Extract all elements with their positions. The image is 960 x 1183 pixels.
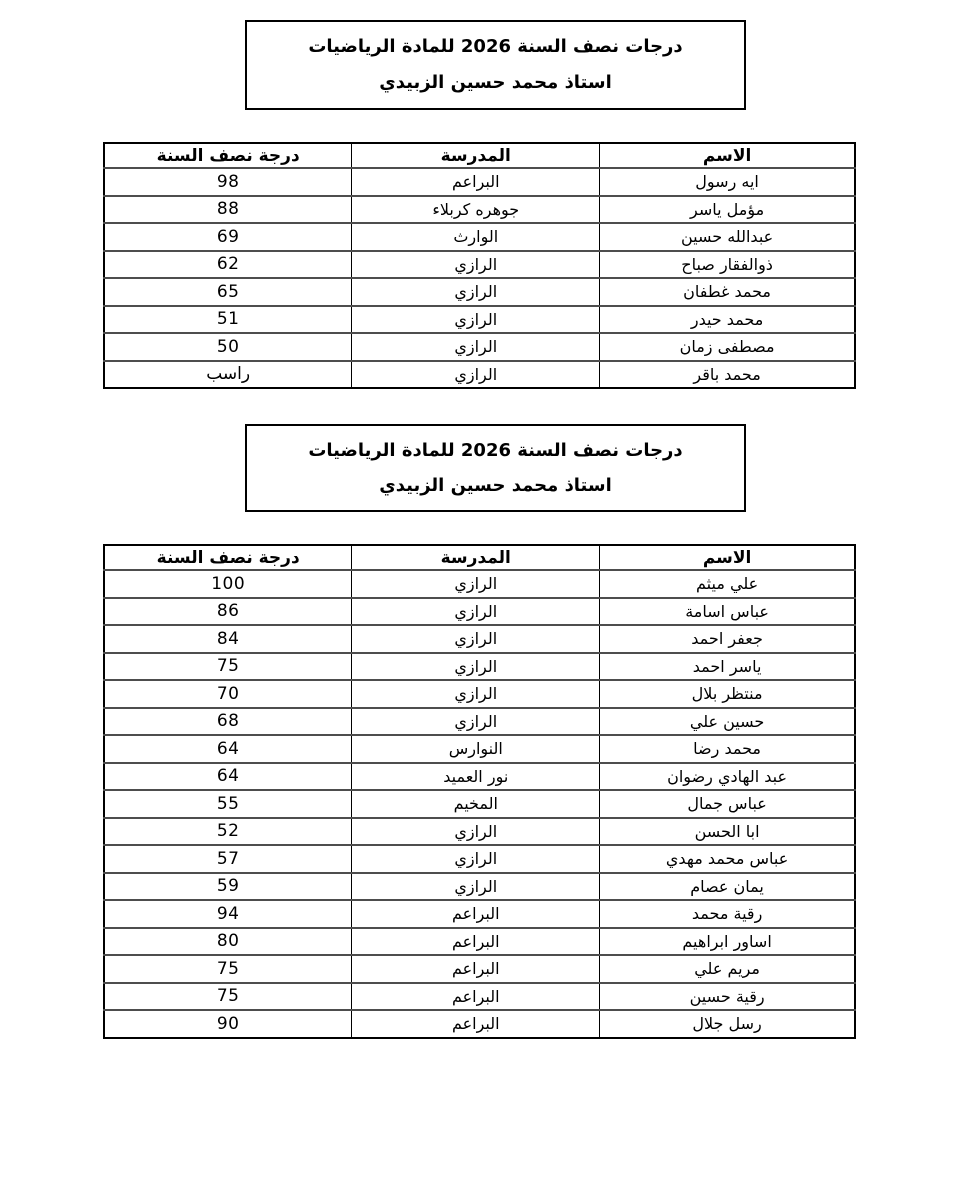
school-cell: المخيم <box>352 790 600 818</box>
table-row: مصطفى زمانالرازي50 <box>104 333 855 361</box>
col-header-name: الاسم <box>600 143 855 168</box>
score-cell: 68 <box>104 708 352 736</box>
table-header-row: الاسم المدرسة درجة نصف السنة <box>104 143 855 168</box>
table-row: جعفر احمدالرازي84 <box>104 625 855 653</box>
score-cell: 62 <box>104 251 352 279</box>
col-header-name: الاسم <box>600 545 855 570</box>
school-cell: الرازي <box>352 306 600 334</box>
document-page: درجات نصف السنة 2026 للمادة الرياضيات اس… <box>0 0 960 1183</box>
score-cell: 88 <box>104 196 352 224</box>
school-cell: الرازي <box>352 333 600 361</box>
name-cell: مريم علي <box>600 955 855 983</box>
table-row: محمد رضاالنوارس64 <box>104 735 855 763</box>
score-cell: 55 <box>104 790 352 818</box>
school-cell: الرازي <box>352 278 600 306</box>
name-cell: مؤمل ياسر <box>600 196 855 224</box>
table-row: محمد حيدرالرازي51 <box>104 306 855 334</box>
table-row: مريم عليالبراعم75 <box>104 955 855 983</box>
table-row: محمد غطفانالرازي65 <box>104 278 855 306</box>
score-cell: 64 <box>104 735 352 763</box>
teacher-name: استاذ محمد حسين الزبيدي <box>247 475 744 497</box>
table-row: رقية محمدالبراعم94 <box>104 900 855 928</box>
table-body: ايه رسولالبراعم98مؤمل ياسرجوهره كربلاء88… <box>104 168 855 388</box>
name-cell: اساور ابراهيم <box>600 928 855 956</box>
score-cell: 75 <box>104 955 352 983</box>
table-row: عبدالله حسينالوارث69 <box>104 223 855 251</box>
name-cell: ياسر احمد <box>600 653 855 681</box>
table-row: ياسر احمدالرازي75 <box>104 653 855 681</box>
score-cell: 86 <box>104 598 352 626</box>
name-cell: محمد رضا <box>600 735 855 763</box>
school-cell: الرازي <box>352 598 600 626</box>
name-cell: علي ميثم <box>600 570 855 598</box>
name-cell: جعفر احمد <box>600 625 855 653</box>
school-cell: الرازي <box>352 680 600 708</box>
grade-section: درجات نصف السنة 2026 للمادة الرياضيات اس… <box>0 424 960 1039</box>
score-cell: 70 <box>104 680 352 708</box>
score-cell: 75 <box>104 653 352 681</box>
school-cell: الرازي <box>352 873 600 901</box>
grade-section: درجات نصف السنة 2026 للمادة الرياضيات اس… <box>0 20 960 389</box>
col-header-school: المدرسة <box>352 143 600 168</box>
table-row: محمد باقرالرازيراسب <box>104 361 855 389</box>
score-cell: 75 <box>104 983 352 1011</box>
table-row: ايه رسولالبراعم98 <box>104 168 855 196</box>
school-cell: الوارث <box>352 223 600 251</box>
name-cell: منتظر بلال <box>600 680 855 708</box>
school-cell: النوارس <box>352 735 600 763</box>
school-cell: الرازي <box>352 653 600 681</box>
school-cell: البراعم <box>352 955 600 983</box>
score-cell: 57 <box>104 845 352 873</box>
name-cell: محمد حيدر <box>600 306 855 334</box>
name-cell: حسين علي <box>600 708 855 736</box>
name-cell: ايه رسول <box>600 168 855 196</box>
table-body: علي ميثمالرازي100عباس اسامةالرازي86جعفر … <box>104 570 855 1038</box>
sections: درجات نصف السنة 2026 للمادة الرياضيات اس… <box>0 20 960 1039</box>
school-cell: الرازي <box>352 845 600 873</box>
school-cell: البراعم <box>352 928 600 956</box>
school-cell: الرازي <box>352 251 600 279</box>
score-cell: 84 <box>104 625 352 653</box>
name-cell: محمد باقر <box>600 361 855 389</box>
school-cell: الرازي <box>352 818 600 846</box>
name-cell: رقية محمد <box>600 900 855 928</box>
col-header-school: المدرسة <box>352 545 600 570</box>
school-cell: البراعم <box>352 168 600 196</box>
title-box: درجات نصف السنة 2026 للمادة الرياضيات اس… <box>245 20 746 110</box>
name-cell: عبد الهادي رضوان <box>600 763 855 791</box>
name-cell: مصطفى زمان <box>600 333 855 361</box>
table-row: عباس جمالالمخيم55 <box>104 790 855 818</box>
table-row: عباس اسامةالرازي86 <box>104 598 855 626</box>
score-cell: راسب <box>104 361 352 389</box>
score-cell: 90 <box>104 1010 352 1038</box>
score-cell: 100 <box>104 570 352 598</box>
school-cell: جوهره كربلاء <box>352 196 600 224</box>
name-cell: ابا الحسن <box>600 818 855 846</box>
score-cell: 64 <box>104 763 352 791</box>
title-box: درجات نصف السنة 2026 للمادة الرياضيات اس… <box>245 424 746 512</box>
name-cell: عباس جمال <box>600 790 855 818</box>
table-header-row: الاسم المدرسة درجة نصف السنة <box>104 545 855 570</box>
score-cell: 50 <box>104 333 352 361</box>
table-row: يمان عصامالرازي59 <box>104 873 855 901</box>
score-cell: 65 <box>104 278 352 306</box>
score-cell: 51 <box>104 306 352 334</box>
name-cell: عبدالله حسين <box>600 223 855 251</box>
table-row: مؤمل ياسرجوهره كربلاء88 <box>104 196 855 224</box>
grades-table: الاسم المدرسة درجة نصف السنة ايه رسولالب… <box>103 142 856 389</box>
score-cell: 69 <box>104 223 352 251</box>
table-row: رقية حسينالبراعم75 <box>104 983 855 1011</box>
table-row: ابا الحسنالرازي52 <box>104 818 855 846</box>
name-cell: عباس اسامة <box>600 598 855 626</box>
school-cell: الرازي <box>352 708 600 736</box>
report-title: درجات نصف السنة 2026 للمادة الرياضيات <box>247 440 744 462</box>
teacher-name: استاذ محمد حسين الزبيدي <box>247 72 744 94</box>
score-cell: 80 <box>104 928 352 956</box>
table-row: علي ميثمالرازي100 <box>104 570 855 598</box>
table-row: حسين عليالرازي68 <box>104 708 855 736</box>
score-cell: 52 <box>104 818 352 846</box>
table-row: منتظر بلالالرازي70 <box>104 680 855 708</box>
table-row: رسل جلالالبراعم90 <box>104 1010 855 1038</box>
table-row: ذوالفقار صباحالرازي62 <box>104 251 855 279</box>
name-cell: عباس محمد مهدي <box>600 845 855 873</box>
school-cell: الرازي <box>352 625 600 653</box>
school-cell: البراعم <box>352 1010 600 1038</box>
col-header-score: درجة نصف السنة <box>104 143 352 168</box>
score-cell: 98 <box>104 168 352 196</box>
school-cell: الرازي <box>352 361 600 389</box>
school-cell: البراعم <box>352 900 600 928</box>
table-row: اساور ابراهيمالبراعم80 <box>104 928 855 956</box>
score-cell: 94 <box>104 900 352 928</box>
name-cell: يمان عصام <box>600 873 855 901</box>
name-cell: رسل جلال <box>600 1010 855 1038</box>
name-cell: محمد غطفان <box>600 278 855 306</box>
school-cell: الرازي <box>352 570 600 598</box>
school-cell: البراعم <box>352 983 600 1011</box>
report-title: درجات نصف السنة 2026 للمادة الرياضيات <box>247 36 744 58</box>
school-cell: نور العميد <box>352 763 600 791</box>
score-cell: 59 <box>104 873 352 901</box>
col-header-score: درجة نصف السنة <box>104 545 352 570</box>
table-row: عباس محمد مهديالرازي57 <box>104 845 855 873</box>
name-cell: ذوالفقار صباح <box>600 251 855 279</box>
table-row: عبد الهادي رضواننور العميد64 <box>104 763 855 791</box>
grades-table: الاسم المدرسة درجة نصف السنة علي ميثمالر… <box>103 544 856 1039</box>
name-cell: رقية حسين <box>600 983 855 1011</box>
